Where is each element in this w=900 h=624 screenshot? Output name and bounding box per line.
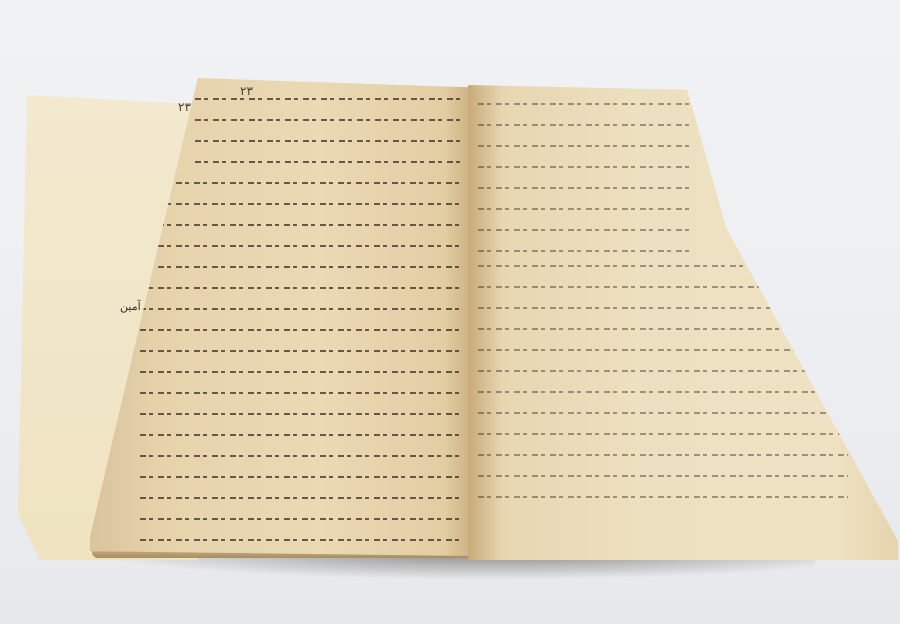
left-page-text bbox=[195, 98, 460, 182]
right-page: ٢٤ bbox=[468, 85, 898, 560]
left-page-number: ٢٣ bbox=[240, 84, 253, 98]
right-page-text-top bbox=[478, 103, 693, 271]
right-page-number: ٢٤ bbox=[700, 87, 713, 101]
loose-sheet-page-number: ٢٣ bbox=[178, 100, 191, 114]
left-page-text-lower bbox=[140, 182, 460, 556]
right-page-text-bottom bbox=[478, 265, 848, 517]
photo-scene: ٢٣ ايلو آمين ٢٣ ٢٤ bbox=[0, 0, 900, 624]
